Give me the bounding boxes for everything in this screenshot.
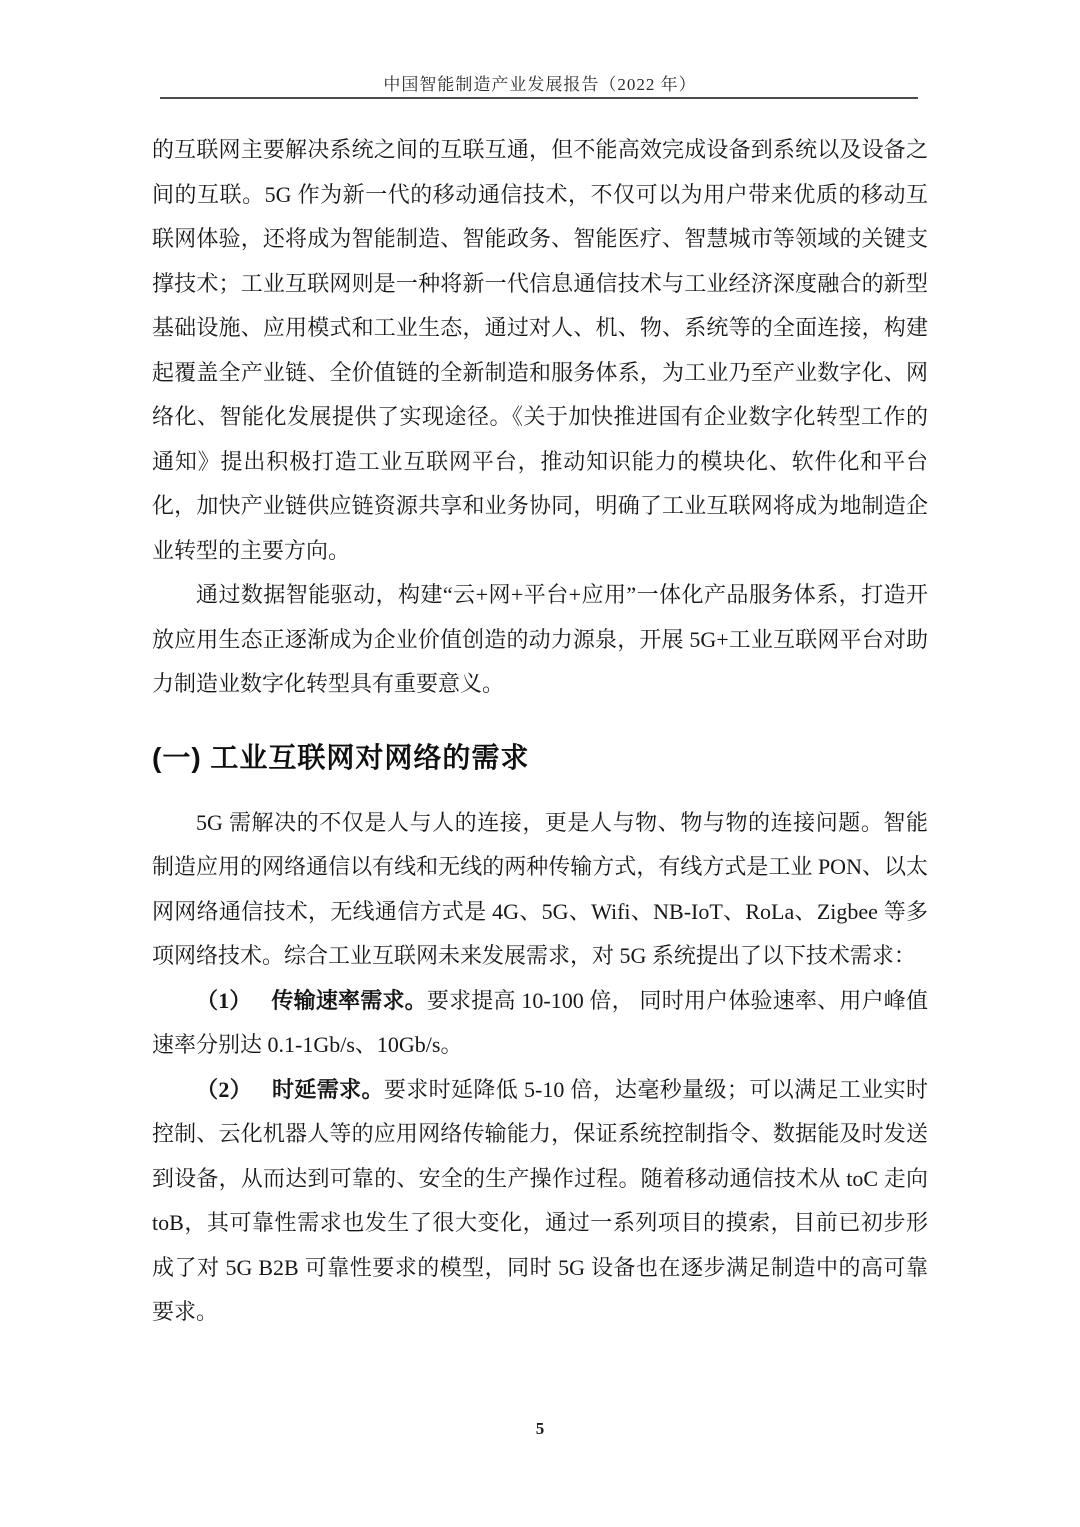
section-heading: (一) 工业互联网对网络的需求 <box>152 737 928 779</box>
item-term: 时延需求。 <box>272 1077 384 1102</box>
running-header-title: 中国智能制造产业发展报告（2022 年） <box>0 70 1080 95</box>
item-number: （1） <box>196 988 252 1013</box>
item-text: 要求时延降低 5-10 倍，达毫秒量级；可以满足工业实时控制、云化机器人等的应用… <box>152 1077 928 1325</box>
paragraph-data-driven: 通过数据智能驱动，构建“云+网+平台+应用”一体化产品服务体系，打造开放应用生态… <box>152 573 928 707</box>
page-number: 5 <box>0 1419 1080 1439</box>
header-divider <box>160 97 918 99</box>
item-number: （2） <box>196 1077 252 1102</box>
document-page: 中国智能制造产业发展报告（2022 年） 的互联网主要解决系统之间的互联互通，但… <box>0 0 1080 1527</box>
item-term: 传输速率需求。 <box>271 988 426 1013</box>
list-item-transmission-rate: （1）传输速率需求。要求提高 10-100 倍， 同时用户体验速率、用户峰值速率… <box>152 979 928 1068</box>
document-body: 的互联网主要解决系统之间的互联互通，但不能高效完成设备到系统以及设备之间的互联。… <box>152 128 928 1335</box>
paragraph-5g-requirements: 5G 需解决的不仅是人与人的连接，更是人与物、物与物的连接问题。智能制造应用的网… <box>152 801 928 979</box>
paragraph-continuation: 的互联网主要解决系统之间的互联互通，但不能高效完成设备到系统以及设备之间的互联。… <box>152 128 928 573</box>
item-text: 要求提高 10-100 倍， 同时用户体验速率、用户峰值速率分别达 0.1-1G… <box>152 988 928 1058</box>
list-item-latency: （2）时延需求。要求时延降低 5-10 倍，达毫秒量级；可以满足工业实时控制、云… <box>152 1068 928 1335</box>
